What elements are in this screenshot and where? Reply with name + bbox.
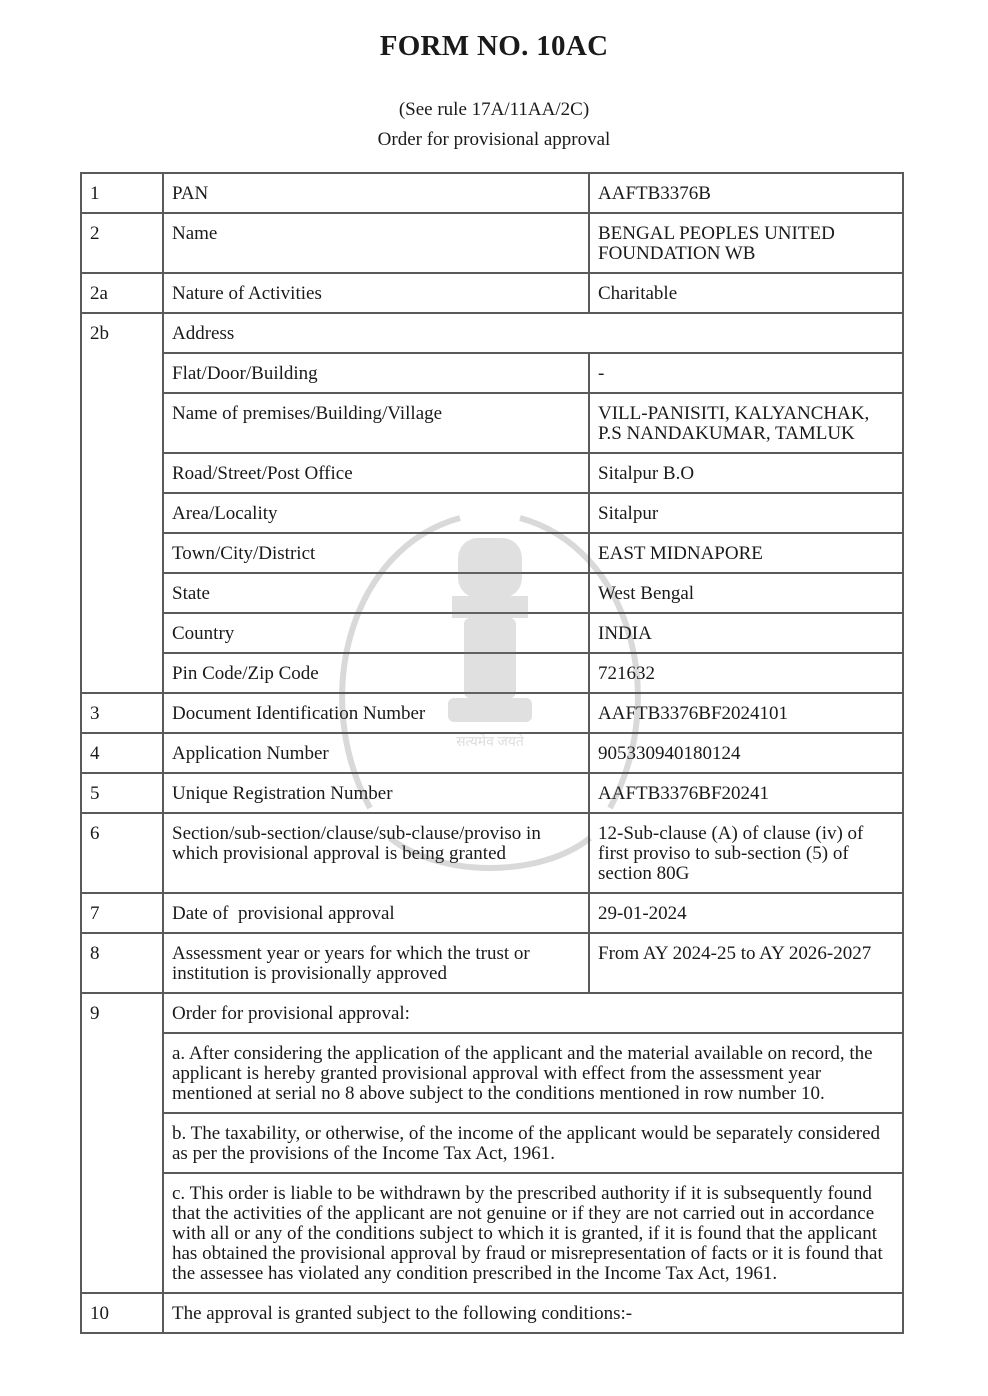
row-label: Nature of Activities: [163, 273, 589, 313]
row-label: State: [163, 573, 589, 613]
pin-value: 721632: [589, 653, 903, 693]
row-number: 3: [81, 693, 163, 733]
row-number: 8: [81, 933, 163, 993]
nature-value: Charitable: [589, 273, 903, 313]
country-value: INDIA: [589, 613, 903, 653]
table-row: Town/City/District EAST MIDNAPORE: [81, 533, 903, 573]
form-title: FORM NO. 10AC: [0, 30, 988, 63]
approval-form-table: 1 PAN AAFTB3376B 2 Name BENGAL PEOPLES U…: [80, 172, 904, 1334]
row-number: 4: [81, 733, 163, 773]
row-label: Flat/Door/Building: [163, 353, 589, 393]
order-clause-b: b. The taxability, or otherwise, of the …: [163, 1113, 903, 1173]
order-clause-c: c. This order is liable to be withdrawn …: [163, 1173, 903, 1293]
state-value: West Bengal: [589, 573, 903, 613]
table-row: 9 Order for provisional approval:: [81, 993, 903, 1033]
row-number: 6: [81, 813, 163, 893]
row-label: Town/City/District: [163, 533, 589, 573]
table-row: 10 The approval is granted subject to th…: [81, 1293, 903, 1333]
row-label: PAN: [163, 173, 589, 213]
table-row: 1 PAN AAFTB3376B: [81, 173, 903, 213]
form-rule: (See rule 17A/11AA/2C): [0, 99, 988, 121]
row-number: 2b: [81, 313, 163, 693]
table-row: Road/Street/Post Office Sitalpur B.O: [81, 453, 903, 493]
flat-value: -: [589, 353, 903, 393]
application-number-value: 905330940180124: [589, 733, 903, 773]
row-number: 5: [81, 773, 163, 813]
row-label: Road/Street/Post Office: [163, 453, 589, 493]
table-row: a. After considering the application of …: [81, 1033, 903, 1113]
table-row: c. This order is liable to be withdrawn …: [81, 1173, 903, 1293]
row-number: 10: [81, 1293, 163, 1333]
row-label: Unique Registration Number: [163, 773, 589, 813]
table-row: 2a Nature of Activities Charitable: [81, 273, 903, 313]
table-row: Area/Locality Sitalpur: [81, 493, 903, 533]
approval-date-value: 29-01-2024: [589, 893, 903, 933]
order-clause-a: a. After considering the application of …: [163, 1033, 903, 1113]
road-value: Sitalpur B.O: [589, 453, 903, 493]
row-label: Section/sub-section/clause/sub-clause/pr…: [163, 813, 589, 893]
premises-value: VILL-PANISITI, KALYANCHAK, P.S NANDAKUMA…: [589, 393, 903, 453]
table-row: 6 Section/sub-section/clause/sub-clause/…: [81, 813, 903, 893]
row-label: Order for provisional approval:: [163, 993, 903, 1033]
row-label: Assessment year or years for which the t…: [163, 933, 589, 993]
table-row: 3 Document Identification Number AAFTB33…: [81, 693, 903, 733]
row-label: Application Number: [163, 733, 589, 773]
table-row: b. The taxability, or otherwise, of the …: [81, 1113, 903, 1173]
row-label: Name of premises/Building/Village: [163, 393, 589, 453]
row-label: Date of provisional approval: [163, 893, 589, 933]
row-label: Country: [163, 613, 589, 653]
table-row: Pin Code/Zip Code 721632: [81, 653, 903, 693]
row-label: Name: [163, 213, 589, 273]
name-value: BENGAL PEOPLES UNITED FOUNDATION WB: [589, 213, 903, 273]
table-row: Flat/Door/Building -: [81, 353, 903, 393]
form-subtitle: Order for provisional approval: [0, 129, 988, 151]
row-label: The approval is granted subject to the f…: [163, 1293, 903, 1333]
table-row: 2 Name BENGAL PEOPLES UNITED FOUNDATION …: [81, 213, 903, 273]
table-row: 4 Application Number 905330940180124: [81, 733, 903, 773]
row-number: 1: [81, 173, 163, 213]
row-number: 2a: [81, 273, 163, 313]
urn-value: AAFTB3376BF20241: [589, 773, 903, 813]
table-row: Name of premises/Building/Village VILL-P…: [81, 393, 903, 453]
row-label: Document Identification Number: [163, 693, 589, 733]
table-row: 2b Address: [81, 313, 903, 353]
row-number: 2: [81, 213, 163, 273]
row-label: Address: [163, 313, 903, 353]
row-label: Area/Locality: [163, 493, 589, 533]
row-number: 9: [81, 993, 163, 1293]
town-value: EAST MIDNAPORE: [589, 533, 903, 573]
section-value: 12-Sub-clause (A) of clause (iv) of firs…: [589, 813, 903, 893]
din-value: AAFTB3376BF2024101: [589, 693, 903, 733]
table-row: 7 Date of provisional approval 29-01-202…: [81, 893, 903, 933]
table-row: Country INDIA: [81, 613, 903, 653]
assessment-year-value: From AY 2024-25 to AY 2026-2027: [589, 933, 903, 993]
row-number: 7: [81, 893, 163, 933]
table-row: State West Bengal: [81, 573, 903, 613]
row-label: Pin Code/Zip Code: [163, 653, 589, 693]
table-row: 8 Assessment year or years for which the…: [81, 933, 903, 993]
pan-value: AAFTB3376B: [589, 173, 903, 213]
table-row: 5 Unique Registration Number AAFTB3376BF…: [81, 773, 903, 813]
area-value: Sitalpur: [589, 493, 903, 533]
